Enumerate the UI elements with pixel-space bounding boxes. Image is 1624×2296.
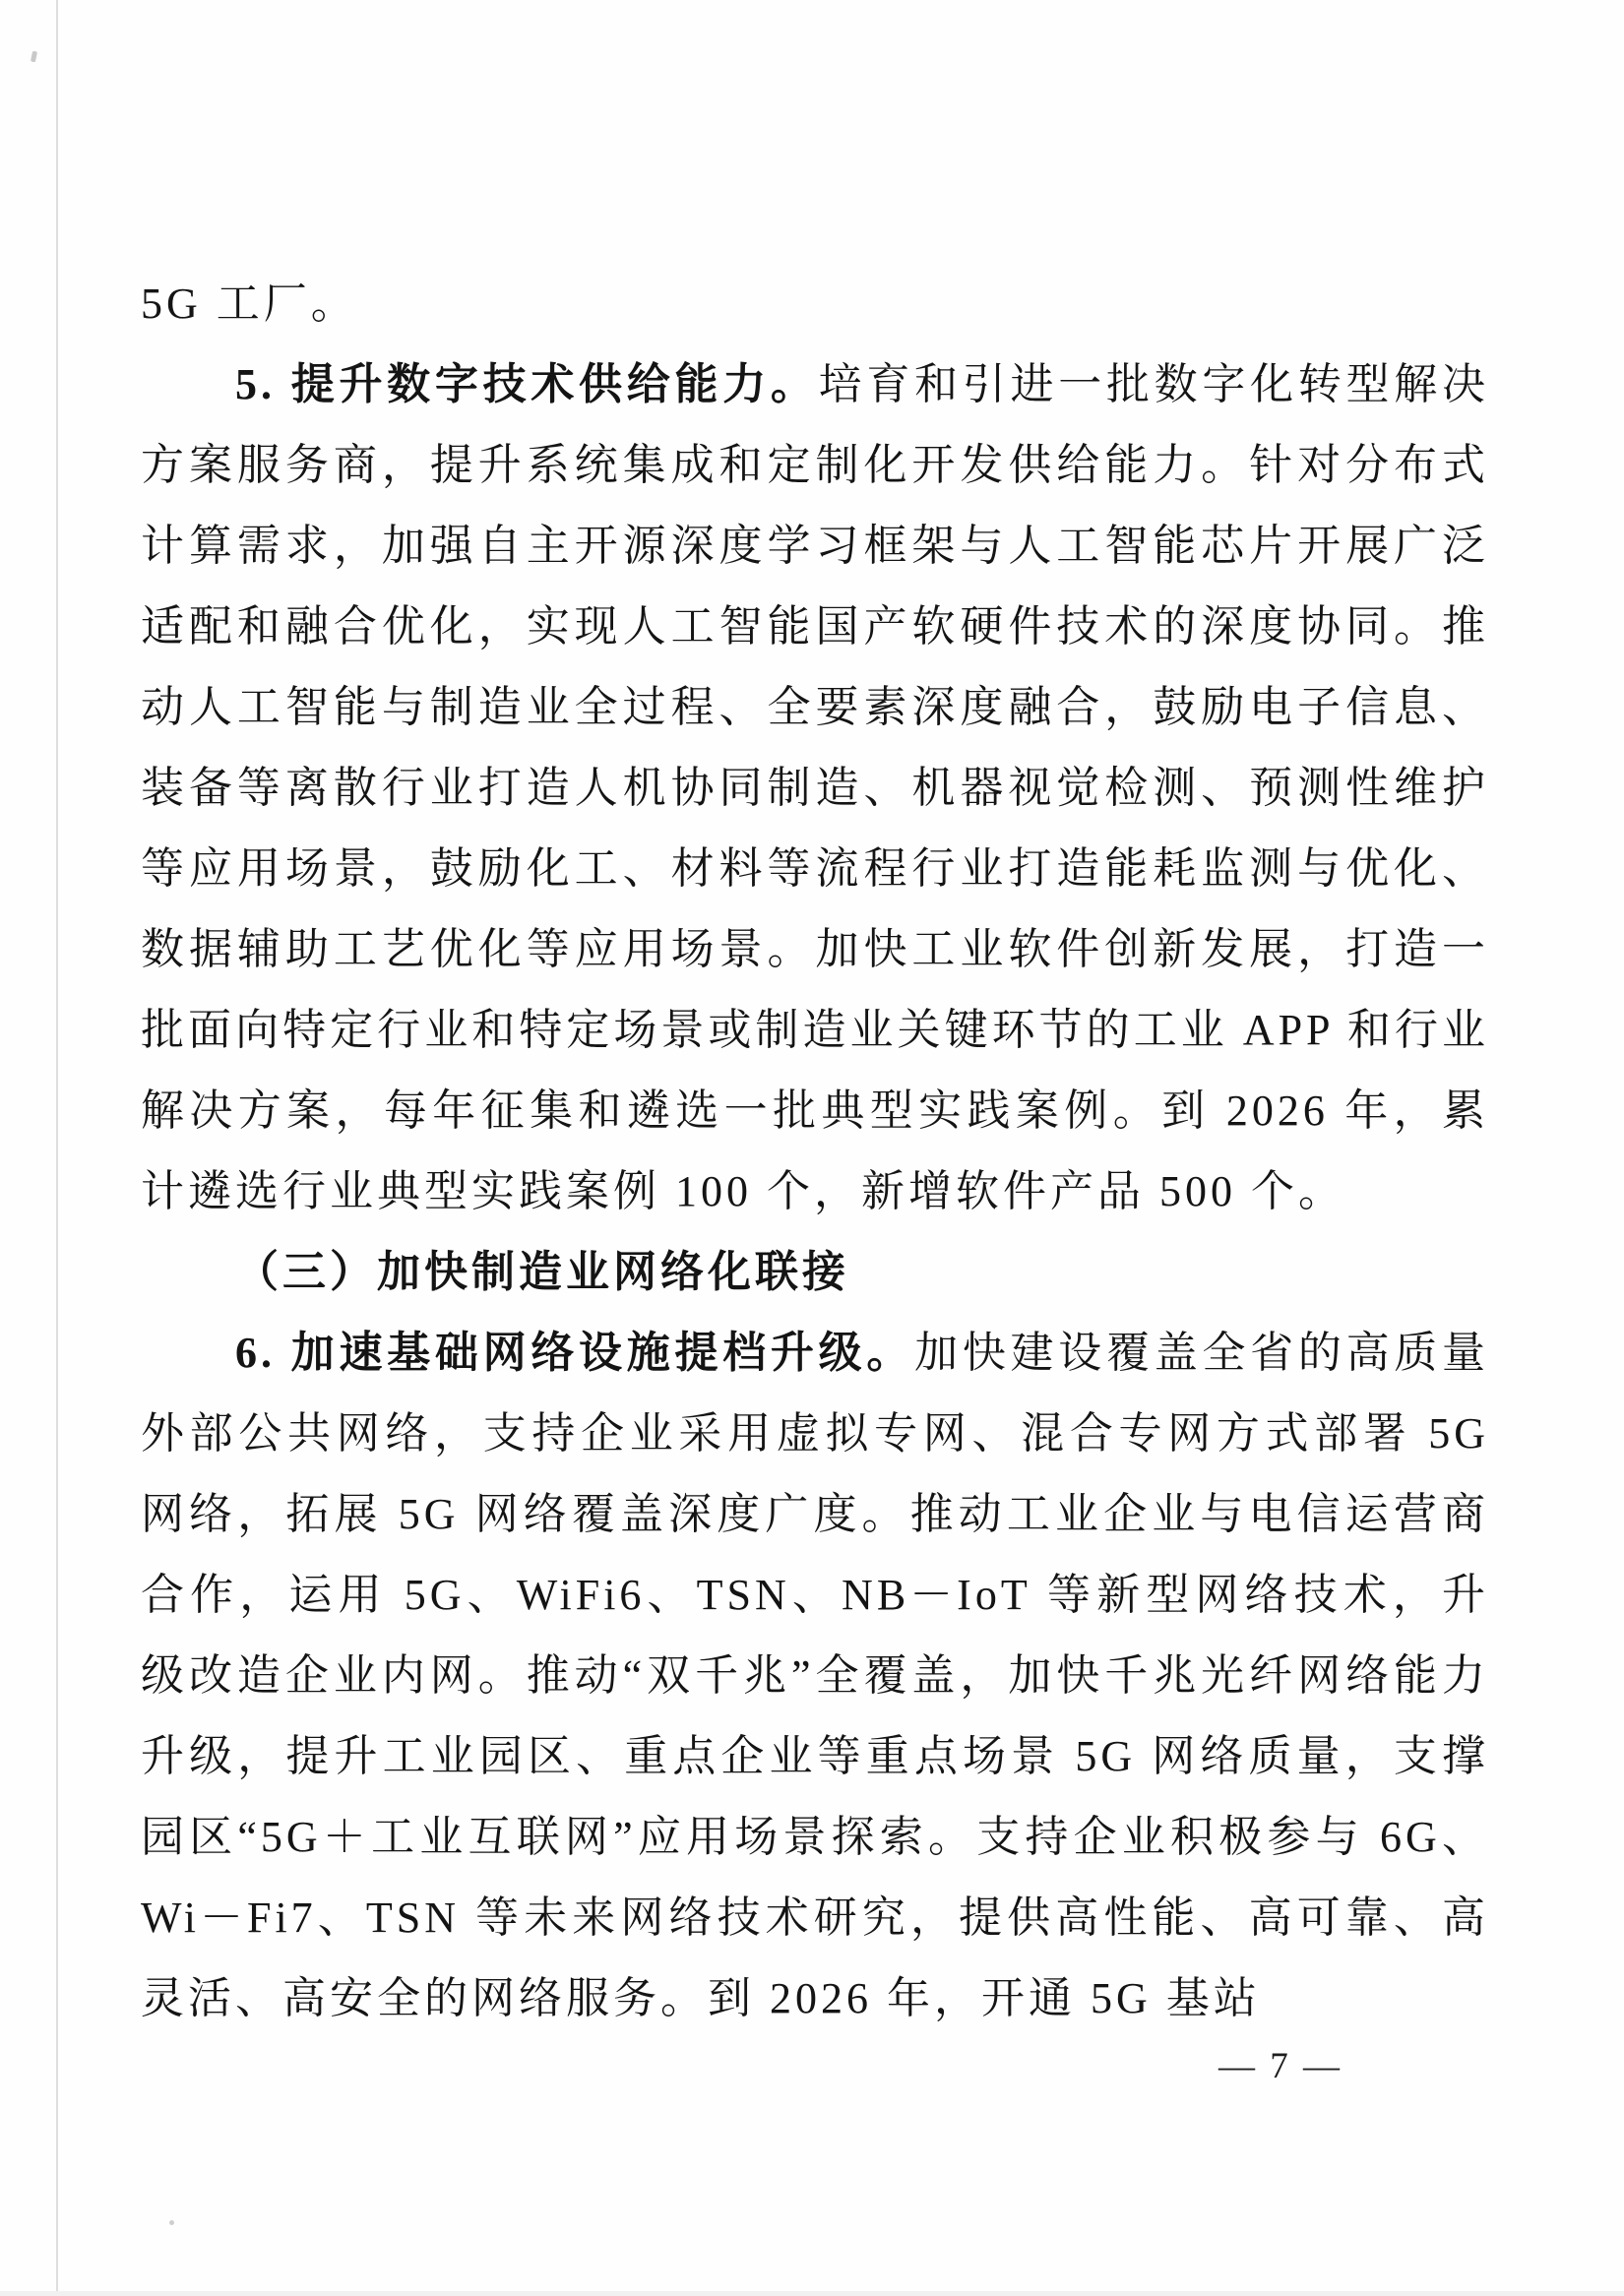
scan-speck-bottom: [169, 2220, 174, 2225]
scan-bottom-shade: [0, 2291, 1624, 2296]
page-number-text: — 7 —: [1218, 2046, 1343, 2086]
scan-edge-line: [56, 0, 58, 2296]
subsection-heading-text: （三）加快制造业网络化联接: [235, 1248, 849, 1296]
scan-speck-top: [31, 51, 37, 63]
page-number: — 7 —: [1218, 2045, 1343, 2087]
item-6-body-text: 加快建设覆盖全省的高质量外部公共网络，支持企业采用虚拟专网、混合专网方式部署 5…: [141, 1329, 1489, 2022]
continuation-paragraph: 5G 工厂。: [141, 264, 1489, 344]
paragraph-item-5: 5. 提升数字技术供给能力。培育和引进一批数字化转型解决方案服务商，提升系统集成…: [141, 344, 1489, 1232]
paragraph-item-6: 6. 加速基础网络设施提档升级。加快建设覆盖全省的高质量外部公共网络，支持企业采…: [141, 1313, 1489, 2039]
subsection-heading-3: （三）加快制造业网络化联接: [141, 1232, 1489, 1313]
document-body: 5G 工厂。 5. 提升数字技术供给能力。培育和引进一批数字化转型解决方案服务商…: [141, 264, 1489, 2039]
item-5-lead-title: 5. 提升数字技术供给能力。: [235, 360, 819, 408]
continuation-text: 5G 工厂。: [141, 279, 358, 328]
document-page: 5G 工厂。 5. 提升数字技术供给能力。培育和引进一批数字化转型解决方案服务商…: [0, 0, 1624, 2296]
item-5-body-text: 培育和引进一批数字化转型解决方案服务商，提升系统集成和定制化开发供给能力。针对分…: [141, 360, 1489, 1215]
item-6-lead-title: 6. 加速基础网络设施提档升级。: [235, 1329, 914, 1377]
